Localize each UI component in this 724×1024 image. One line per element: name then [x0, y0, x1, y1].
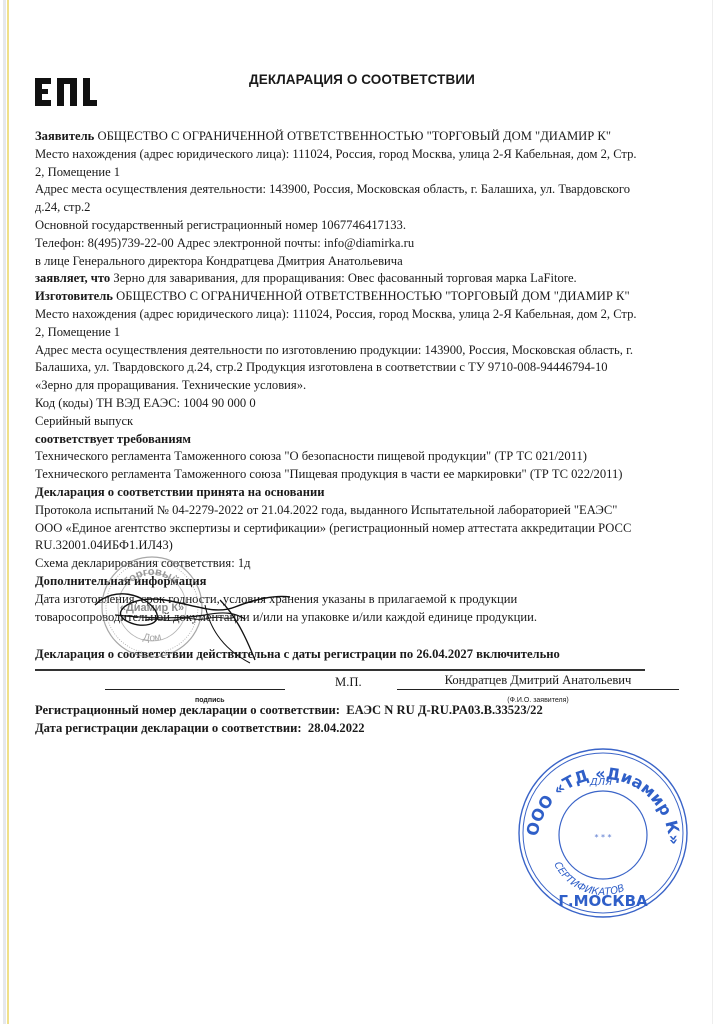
- registration-date: 28.04.2022: [308, 721, 365, 735]
- applicant-label: Заявитель: [35, 129, 94, 143]
- signature-line: [105, 689, 285, 690]
- certification-stamp-icon: ООО «ТД «Диамир К» ДЛЯ * * * СЕРТИФИКАТО…: [515, 745, 691, 921]
- applicant-ogrn: Основной государственный регистрационный…: [35, 217, 695, 235]
- basis-lab: ООО «Единое агентство экспертизы и серти…: [35, 520, 695, 538]
- registration-date-label: Дата регистрации декларации о соответств…: [35, 721, 302, 735]
- applicant-name: ОБЩЕСТВО С ОГРАНИЧЕННОЙ ОТВЕТСТВЕННОСТЬЮ…: [97, 129, 610, 143]
- applicant-contacts: Телефон: 8(495)739-22-00 Адрес электронн…: [35, 235, 695, 253]
- svg-text:ДЛЯ: ДЛЯ: [589, 777, 612, 788]
- requirement-item: Технического регламента Таможенного союз…: [35, 448, 695, 466]
- basis-heading: Декларация о соответствии принята на осн…: [35, 484, 695, 502]
- signatory-name: Кондратцев Дмитрий Анатольевич: [397, 672, 679, 690]
- applicant-line: Заявитель ОБЩЕСТВО С ОГРАНИЧЕННОЙ ОТВЕТС…: [35, 128, 695, 146]
- scan-edge-highlight: [7, 0, 9, 1024]
- basis-protocol: Протокола испытаний № 04-2279-2022 от 21…: [35, 502, 695, 520]
- seal-place-label: М.П.: [335, 674, 362, 692]
- declares-label: заявляет, что: [35, 271, 110, 285]
- page-title: ДЕКЛАРАЦИЯ О СООТВЕТСТВИИ: [0, 72, 724, 87]
- applicant-activity-address: Адрес места осуществления деятельности: …: [35, 181, 695, 199]
- applicant-representative: в лице Генерального директора Кондратцев…: [35, 253, 695, 271]
- manufacturer-legal-address-cont: 2, Помещение 1: [35, 324, 695, 342]
- manufacturer-production-address-cont: Балашиха, ул. Твардовского д.24, стр.2 П…: [35, 359, 695, 377]
- applicant-activity-address-cont: д.24, стр.2: [35, 199, 695, 217]
- release-type: Серийный выпуск: [35, 413, 695, 431]
- manufacturer-label: Изготовитель: [35, 289, 113, 303]
- basis-accreditation: RU.32001.04ИБФ1.ИЛ43): [35, 537, 695, 555]
- manufacturer-production-address: Адрес места осуществления деятельности п…: [35, 342, 695, 360]
- signatory-caption: (Ф.И.О. заявителя): [397, 692, 679, 710]
- declares-line: заявляет, что Зерно для заваривания, для…: [35, 270, 695, 288]
- registration-number-label: Регистрационный номер декларации о соотв…: [35, 703, 340, 717]
- registration-date-line: Дата регистрации декларации о соответств…: [35, 720, 695, 738]
- svg-text:Г.МОСКВА: Г.МОСКВА: [558, 892, 648, 910]
- applicant-legal-address-cont: 2, Помещение 1: [35, 164, 695, 182]
- requirement-item: Технического регламента Таможенного союз…: [35, 466, 695, 484]
- product-description: Зерно для заваривания, для проращивания:…: [113, 271, 576, 285]
- tn-ved-code: Код (коды) ТН ВЭД ЕАЭС: 1004 90 000 0: [35, 395, 695, 413]
- bottom-divider: [35, 669, 645, 671]
- handwritten-signature-icon: [85, 575, 295, 665]
- manufacturer-line: Изготовитель ОБЩЕСТВО С ОГРАНИЧЕННОЙ ОТВ…: [35, 288, 695, 306]
- signatory-line: [397, 689, 679, 690]
- manufacturer-legal-address: Место нахождения (адрес юридического лиц…: [35, 306, 695, 324]
- scan-edge: [3, 0, 6, 1024]
- applicant-legal-address: Место нахождения (адрес юридического лиц…: [35, 146, 695, 164]
- scan-edge-right: [712, 0, 713, 1024]
- manufacturer-name: ОБЩЕСТВО С ОГРАНИЧЕННОЙ ОТВЕТСТВЕННОСТЬЮ…: [116, 289, 629, 303]
- signature-caption: подпись: [195, 692, 225, 710]
- manufacturer-spec: «Зерно для проращивания. Технические усл…: [35, 377, 695, 395]
- svg-text:* * *: * * *: [594, 833, 611, 842]
- requirements-heading: соответствует требованиям: [35, 431, 695, 449]
